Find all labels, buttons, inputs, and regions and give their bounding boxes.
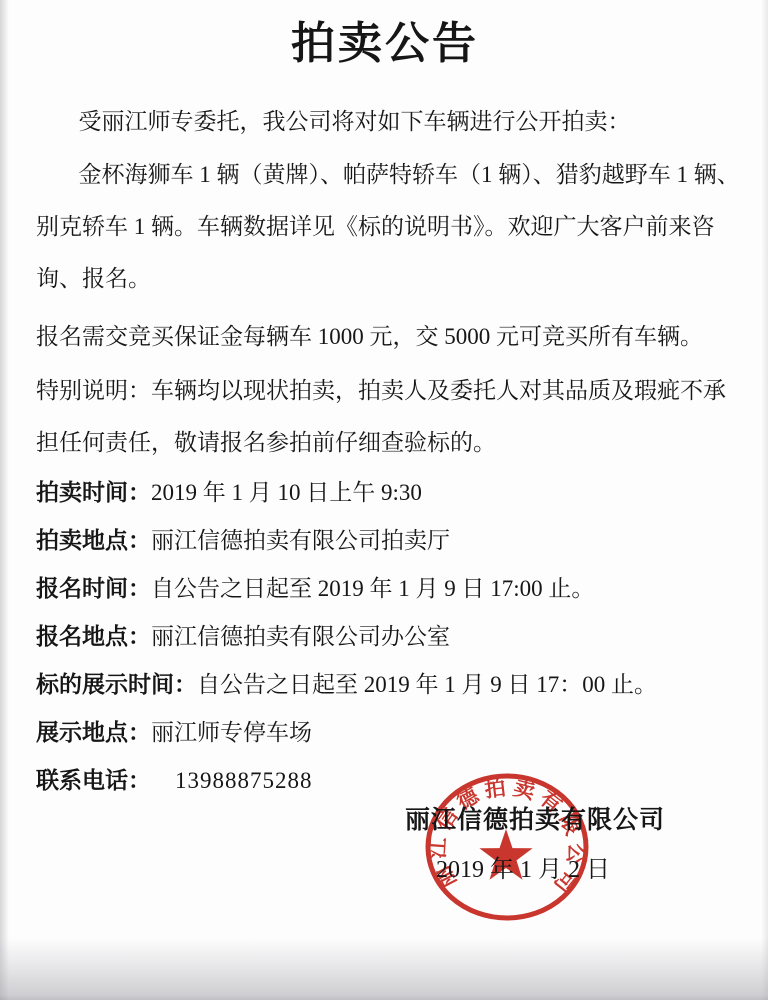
detail-value: 自公告之日起至 2019 年 1 月 9 日 17:00 止。: [151, 576, 594, 601]
vehicles-paragraph: 金杯海狮车 1 辆（黄牌）、帕萨特轿车（1 辆）、猎豹越野车 1 辆、 别克轿车…: [36, 149, 734, 305]
vehicles-line-2: 别克轿车 1 辆。车辆数据详见《标的说明书》。欢迎广大客户前来咨: [36, 201, 734, 253]
vehicles-line-1: 金杯海狮车 1 辆（黄牌）、帕萨特轿车（1 辆）、猎豹越野车 1 辆、: [36, 149, 734, 201]
detail-label: 拍卖时间：: [36, 480, 151, 505]
detail-value: 丽江信德拍卖有限公司办公室: [151, 624, 450, 649]
special-note-line-2: 担任何责任，敬请报名参拍前仔细查验标的。: [36, 417, 734, 469]
detail-label: 联系电话：: [36, 768, 151, 793]
scanned-auction-notice: 拍卖公告 受丽江师专委托，我公司将对如下车辆进行公开拍卖： 金杯海狮车 1 辆（…: [0, 0, 768, 1000]
deposit-paragraph: 报名需交竞买保证金每辆车 1000 元，交 5000 元可竞买所有车辆。: [36, 311, 734, 363]
detail-list: 拍卖时间：2019 年 1 月 10 日上午 9:30 拍卖地点：丽江信德拍卖有…: [36, 469, 734, 805]
signature-date: 2019 年 1 月 2 日: [436, 849, 610, 884]
detail-display-place: 展示地点：丽江师专停车场: [36, 709, 734, 757]
detail-display-time: 标的展示时间：自公告之日起至 2019 年 1 月 9 日 17：00 止。: [36, 661, 734, 709]
page-title: 拍卖公告: [36, 12, 734, 76]
detail-label: 报名时间：: [36, 576, 151, 601]
special-note-paragraph: 特别说明：车辆均以现状拍卖，拍卖人及委托人对其品质及瑕疵不承 担任何责任，敬请报…: [36, 365, 734, 469]
detail-auction-time: 拍卖时间：2019 年 1 月 10 日上午 9:30: [36, 469, 734, 517]
detail-label: 拍卖地点：: [36, 528, 151, 553]
special-note-line-1: 特别说明：车辆均以现状拍卖，拍卖人及委托人对其品质及瑕疵不承: [36, 365, 734, 417]
detail-label: 标的展示时间：: [36, 672, 197, 697]
scan-shadow-bottom: [0, 938, 768, 1000]
scan-shadow-right: [761, 0, 768, 1000]
company-seal: 丽江信德拍卖有限公司: [422, 771, 594, 925]
detail-label: 展示地点：: [36, 720, 151, 745]
detail-contact-phone: 联系电话：13988875288: [36, 757, 734, 805]
detail-value: 13988875288: [175, 768, 313, 793]
detail-value: 丽江信德拍卖有限公司拍卖厅: [151, 528, 450, 553]
detail-auction-place: 拍卖地点：丽江信德拍卖有限公司拍卖厅: [36, 517, 734, 565]
detail-registration-time: 报名时间：自公告之日起至 2019 年 1 月 9 日 17:00 止。: [36, 565, 734, 613]
vehicles-line-3: 询、报名。: [36, 253, 734, 305]
intro-paragraph: 受丽江师专委托，我公司将对如下车辆进行公开拍卖：: [36, 97, 734, 147]
scan-shadow-left: [0, 0, 9, 1000]
detail-registration-place: 报名地点：丽江信德拍卖有限公司办公室: [36, 613, 734, 661]
detail-value: 2019 年 1 月 10 日上午 9:30: [151, 480, 422, 505]
detail-value: 自公告之日起至 2019 年 1 月 9 日 17：00 止。: [197, 672, 657, 697]
document-body: 拍卖公告 受丽江师专委托，我公司将对如下车辆进行公开拍卖： 金杯海狮车 1 辆（…: [36, 0, 734, 805]
detail-value: 丽江师专停车场: [151, 720, 312, 745]
signature-company: 丽江信德拍卖有限公司: [405, 800, 665, 836]
detail-label: 报名地点：: [36, 624, 151, 649]
